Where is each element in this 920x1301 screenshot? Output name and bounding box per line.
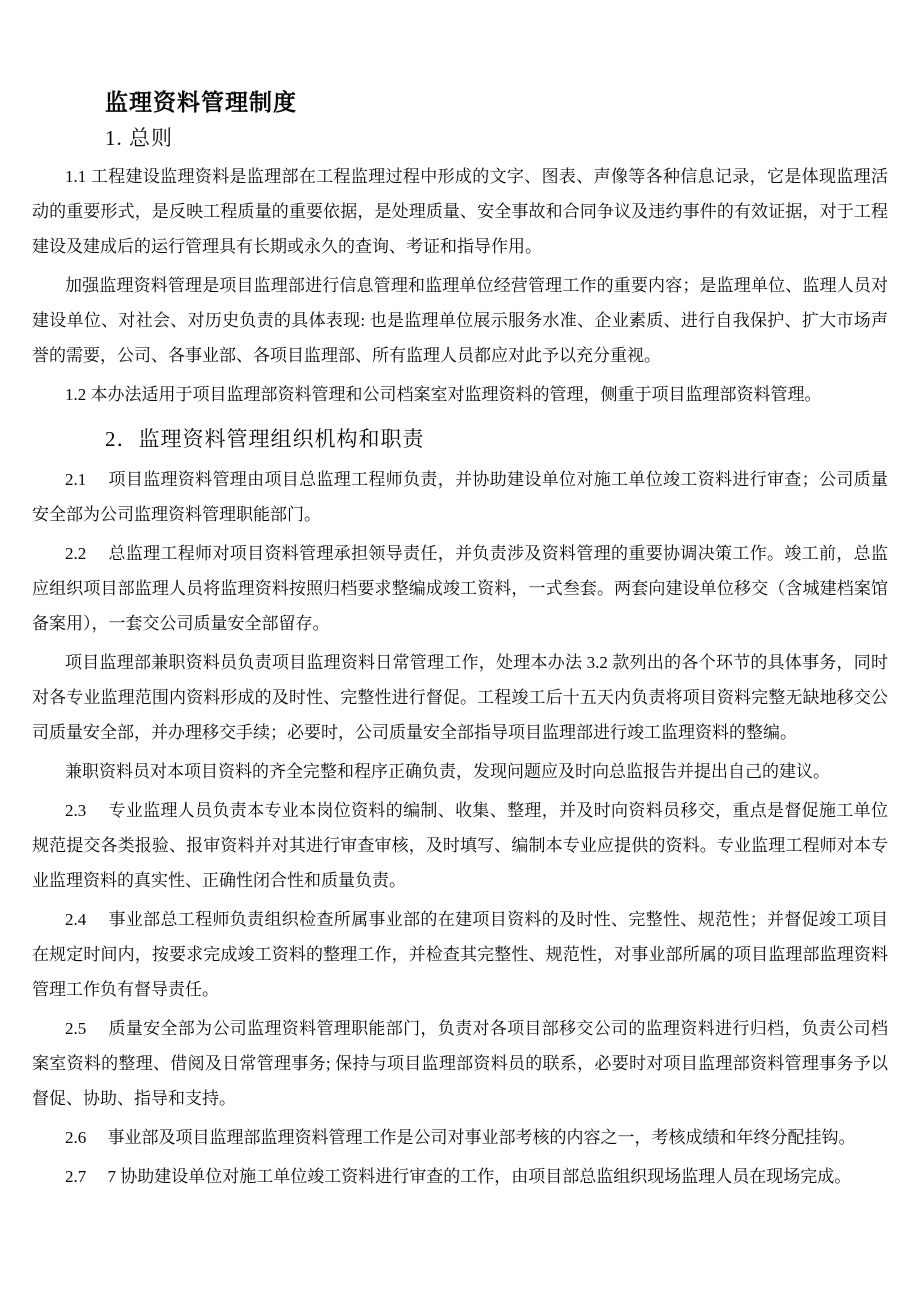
paragraph-2-1: 2.1 项目监理资料管理由项目总监理工程师负责，并协助建设单位对施工单位竣工资料… xyxy=(32,462,888,532)
paragraph-2-2: 2.2 总监理工程师对项目资料管理承担领导责任，并负责涉及资料管理的重要协调决策… xyxy=(32,536,888,641)
paragraph-1-2: 1.2 本办法适用于项目监理部资料管理和公司档案室对监理资料的管理，侧重于项目监… xyxy=(32,377,888,412)
document-page: 监理资料管理制度 1. 总则 1.1 工程建设监理资料是监理部在工程监理过程中形… xyxy=(0,0,920,1301)
paragraph-archivist-responsibility: 兼职资料员对本项目资料的齐全完整和程序正确负责，发现问题应及时向总监报告并提出自… xyxy=(32,754,888,789)
paragraph-2-3: 2.3 专业监理人员负责本专业本岗位资料的编制、收集、整理，并及时向资料员移交，… xyxy=(32,793,888,898)
paragraph-strengthen-management: 加强监理资料管理是项目监理部进行信息管理和监理单位经营管理工作的重要内容；是监理… xyxy=(32,268,888,373)
document-title: 监理资料管理制度 xyxy=(105,88,888,116)
paragraph-2-5: 2.5 质量安全部为公司监理资料管理职能部门，负责对各项目部移交公司的监理资料进… xyxy=(32,1011,888,1116)
paragraph-2-4: 2.4 事业部总工程师负责组织检查所属事业部的在建项目资料的及时性、完整性、规范… xyxy=(32,902,888,1007)
section-1-heading: 1. 总则 xyxy=(105,125,888,151)
paragraph-1-1: 1.1 工程建设监理资料是监理部在工程监理过程中形成的文字、图表、声像等各种信息… xyxy=(32,159,888,264)
paragraph-archivist-duties: 项目监理部兼职资料员负责项目监理资料日常管理工作，处理本办法 3.2 款列出的各… xyxy=(32,645,888,750)
section-2-heading: 2．监理资料管理组织机构和职责 xyxy=(105,426,888,452)
paragraph-2-6: 2.6 事业部及项目监理部监理资料管理工作是公司对事业部考核的内容之一，考核成绩… xyxy=(32,1120,888,1155)
paragraph-2-7: 2.7 7 协助建设单位对施工单位竣工资料进行审查的工作，由项目部总监组织现场监… xyxy=(32,1159,888,1194)
